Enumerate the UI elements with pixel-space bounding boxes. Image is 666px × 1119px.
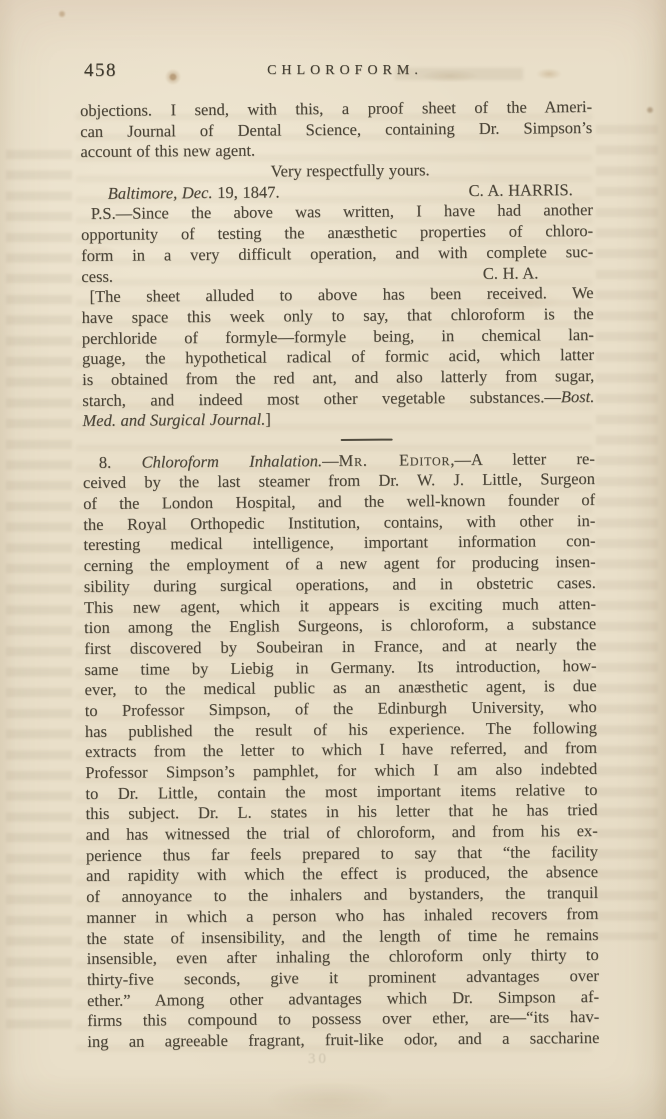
text-segment: Professor Simpson’s pamphlet, for which … — [85, 759, 597, 782]
text-segment: is obtained from the red ant, and also l… — [82, 366, 594, 389]
text-segment: — — [322, 451, 339, 470]
text-segment: opportunity of testing the anæsthetic pr… — [81, 221, 593, 244]
text-segment: C. H. A. — [483, 263, 539, 282]
signature-mark-showthrough: 30 — [308, 1051, 329, 1068]
text-segment: C. A. HARRIS. — [468, 180, 572, 200]
text-segment: This new agent, which it appears is exci… — [84, 593, 596, 616]
text-segment: first discovered by Soubeiran in France,… — [84, 635, 596, 658]
text-segment: teresting medical intelligence, importan… — [83, 531, 595, 554]
text-segment: Very respectfully yours. — [270, 160, 429, 180]
text-segment: to Dr. Little, contain the most importan… — [85, 780, 597, 803]
book-page: 458 CHLOROFORM. objections. I send, with… — [0, 0, 666, 1119]
text-segment: form in a very difficult operation, and … — [81, 242, 593, 265]
text-segment: Chloroform Inhalation. — [141, 451, 322, 471]
text-segment: have space this week only to say, that c… — [82, 304, 594, 327]
text-segment: tion among the English Surgeons, is chlo… — [84, 614, 596, 637]
text-segment: same time by Liebig in Germany. Its intr… — [84, 656, 596, 679]
text-segment: ] — [265, 410, 271, 429]
text-segment: guage, the hypothetical radical of formi… — [82, 345, 594, 368]
text-segment: ever, to the medical public as an anæsth… — [85, 676, 597, 699]
text-segment: the state of insensibility, and the leng… — [86, 924, 598, 947]
show-through-texture-right — [596, 120, 658, 940]
text-segment: 19, 1847. — [212, 182, 279, 202]
text-segment: ing an agreeable fragrant, fruit-like od… — [87, 1028, 599, 1051]
text-segment: and has witnessed the trial of chlorofor… — [86, 821, 598, 844]
text-segment: Baltimore, Dec. — [108, 183, 213, 203]
text-segment: starch, and indeed most other vegetable … — [82, 387, 561, 410]
text-segment: has published the result of his experien… — [85, 718, 597, 741]
running-header: CHLOROFORM. — [0, 63, 666, 79]
text-segment: cerning the employment of a new agent fo… — [84, 552, 596, 575]
text-segment: objections. I send, with this, a proof s… — [80, 97, 592, 120]
text-segment: [The sheet alluded to above has been rec… — [89, 283, 593, 306]
text-segment: to Professor Simpson, of the Edinburgh U… — [85, 697, 597, 720]
text-segment: extracts from the letter to which I have… — [85, 738, 597, 761]
text-segment: firms this compound to possess over ethe… — [87, 1007, 599, 1030]
text-segment: P.S.—Since the above was written, I have… — [91, 200, 593, 223]
page-text: objections. I send, with this, a proof s… — [80, 97, 599, 1053]
text-segment: ceived by the last steamer from Dr. W. J… — [83, 469, 595, 492]
text-segment: and rapidity with which the effect is pr… — [86, 862, 598, 885]
text-segment: ether.” Among other advantages which Dr.… — [87, 987, 599, 1010]
text-segment: Med. and Surgical Journal. — [82, 410, 265, 430]
divider-dash — [341, 439, 393, 442]
text-segment: Bost. — [561, 387, 595, 406]
text-segment: this subject. Dr. L. states in his lette… — [86, 800, 598, 823]
text-segment: account of this new agent. — [80, 141, 255, 161]
text-segment: of annoyance to the inhalers and bystand… — [86, 883, 598, 906]
text-segment: perchloride of formyle—formyle being, in… — [82, 325, 594, 348]
text-segment: of the London Hospital, and the well-kno… — [83, 490, 595, 513]
text-segment: manner in which a person who has inhaled… — [86, 904, 598, 927]
text-segment: insensible, even after inhaling the chlo… — [87, 945, 599, 968]
text-segment: 8. — [99, 452, 142, 471]
text-segment: the Royal Orthopedic Institution, contai… — [83, 511, 595, 534]
text-segment: perience thus far feels prepared to say … — [86, 842, 598, 865]
section-divider — [83, 428, 595, 453]
text-segment: cess. — [81, 266, 113, 285]
show-through-texture-left — [6, 150, 72, 1030]
text-segment: can Journal of Dental Science, containin… — [80, 118, 592, 141]
text-segment: Mr. Editor — [339, 450, 451, 470]
text-segment: sibility during surgical operations, and… — [84, 573, 596, 596]
text-segment: thirty-five seconds, give it prominent a… — [87, 966, 599, 989]
text-line: ing an agreeable fragrant, fruit-like od… — [87, 1028, 599, 1053]
text-segment: ,—A letter re- — [450, 449, 595, 469]
